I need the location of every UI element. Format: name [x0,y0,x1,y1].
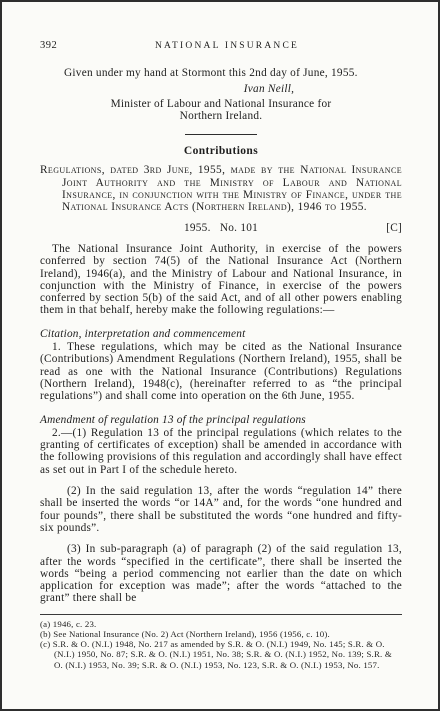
regulation-number-line: 1955. No. 101 [C] [40,222,402,234]
classification-mark: [C] [386,222,402,234]
section-divider-rule [185,134,257,135]
footnote-a: (a) 1946, c. 23. [40,619,402,629]
page-number: 392 [40,40,100,51]
document-page: 392 NATIONAL INSURANCE Given under my ha… [0,0,440,711]
attestation-text: Given under my hand at Stormont this 2nd… [40,67,402,79]
footnote-b: (b) See National Insurance (No. 2) Act (… [40,629,402,639]
section-heading-amendment: Amendment of regulation 13 of the princi… [40,414,402,426]
footnote-divider-rule [40,614,402,615]
regulation-paragraph-2-1: 2.—(1) Regulation 13 of the principal re… [40,427,402,476]
footnotes: (a) 1946, c. 23. (b) See National Insura… [40,619,402,670]
signatory-title-line1: Minister of Labour and National Insuranc… [40,98,402,110]
running-header-title: NATIONAL INSURANCE [100,41,402,51]
signatory-title-line2: Northern Ireland. [40,110,402,122]
regulation-paragraph-2-3: (3) In sub-paragraph (a) of paragraph (2… [40,543,402,604]
signature-name: Ivan Neill, [40,83,402,95]
regulation-preamble: Regulations, dated 3rd June, 1955, made … [40,164,402,213]
regulation-paragraph-1: 1. These regulations, which may be cited… [40,341,402,402]
regulation-number: 1955. No. 101 [184,222,258,234]
subject-heading: Contributions [40,145,402,157]
regulation-paragraph-2-2: (2) In the said regulation 13, after the… [40,485,402,534]
section-heading-citation: Citation, interpretation and commencemen… [40,328,402,340]
enacting-paragraph: The National Insurance Joint Authority, … [40,243,402,317]
footnote-c: (c) S.R. & O. (N.I.) 1948, No. 217 as am… [40,639,402,670]
document-body: Given under my hand at Stormont this 2nd… [40,67,402,670]
running-header: 392 NATIONAL INSURANCE [40,40,402,51]
